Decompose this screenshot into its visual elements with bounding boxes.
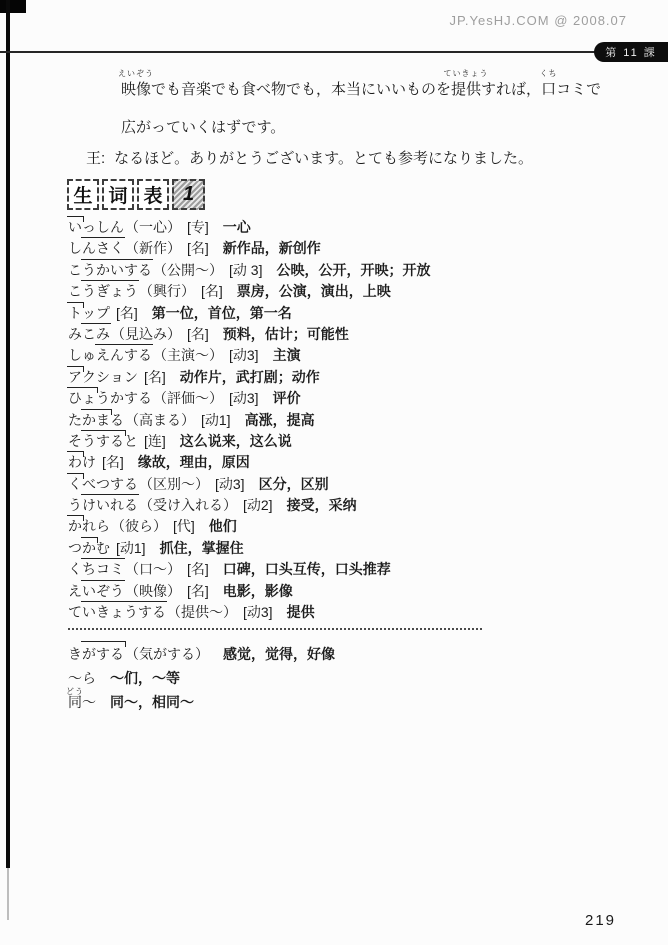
vocab-entry: アクション[名]动作片，武打剧；动作 [68,367,648,388]
vocab-meaning: 区分，区别 [259,476,329,492]
vocab-meaning: ～们，～等 [110,670,180,686]
vocab-word-char: す [110,474,124,495]
vocab-word-char: み [68,324,82,345]
vocab-word-char: る [124,495,138,516]
vocab-word-char: ょ [82,388,96,409]
vocab-entry: つかむ[动1]抓住，掌握住 [68,538,648,559]
vocab-entry: うけいれる（受け入れる）[动2]接受，采纳 [68,495,648,516]
vocab-meaning: 一心 [223,219,251,235]
vocab-word: みこみ [68,326,110,342]
vocab-word: しんさく [68,240,124,256]
speaker-speech: なるほど。ありがとうございます。とても参考になりました。 [114,150,533,167]
vocab-word: トップ [68,305,110,321]
vocab-word: つかむ [68,540,110,556]
vocab-pos-tag: [动3] [229,347,259,363]
vocab-meaning: 同～，相同～ [110,694,194,710]
vocab-header-number: 1 [172,179,205,210]
vocab-entry: ～ら～们，～等 [68,666,648,690]
vocab-word-char: わ [68,452,82,473]
dialogue-text: コミで [556,81,601,98]
vocab-main-entries: いっしん（一心）[专]一心しんさく（新作）[名]新作品，新创作こうかいする（公開… [68,217,648,623]
vocab-word-char: ア [68,367,82,388]
vocab-meaning: 电影，影像 [223,583,293,599]
vocab-entry: くべつする（区別～）[动3]区分，区别 [68,474,648,495]
vocab-meaning: 新作品，新创作 [223,240,321,256]
vocab-word-char: れ [110,495,124,516]
scan-corner-artifact [0,0,26,13]
vocab-meaning: 抓住，掌握住 [160,540,244,556]
vocab-word: えいぞう [68,583,124,599]
vocab-word-char: る [124,474,138,495]
vocab-word-char: う [68,495,82,516]
vocab-pos-tag: [名] [102,454,124,470]
vocab-pos-tag: [动3] [229,390,259,406]
vocab-pos-tag: [名] [187,240,209,256]
vocab-pos-tag: [名] [144,369,166,385]
dialogue-line-2: 広がっていくはずです。 [121,116,285,137]
vocab-word-char: と [124,431,138,452]
vocab-word-char: ょ [110,602,124,623]
vocab-word-char: う [96,388,110,409]
vocab-reading: （評価～） [153,390,223,406]
vocab-entry: こうかいする（公開～）[动 3]公映，公开，开映；开放 [68,260,648,281]
vocab-word-char: す [124,388,138,409]
vocab-word-char: ぎ [96,281,110,302]
vocab-pos-tag: [名] [187,583,209,599]
vocab-word-char: ひ [68,388,82,409]
vocab-word-char: シ [96,367,110,388]
vocab-entry: そうすると[连]这么说来，这么说 [68,431,648,452]
vocab-divider [68,628,482,630]
scan-edge-line-faded [7,868,9,920]
vocab-word-char: う [82,281,96,302]
vocab-word: しゅえんする [68,347,152,363]
vocab-word: くべつする [68,476,138,492]
vocab-word-char: る [138,345,152,366]
vocab-word-char: す [96,642,110,666]
vocab-pos-tag: [动 3] [229,262,262,278]
vocab-reading: （口～） [125,561,181,577]
vocab-word-char: れ [82,516,96,537]
vocab-word-char: う [124,602,138,623]
vocab-word-char: し [96,217,110,238]
vocab-entry: かれら（彼ら）[代]他们 [68,516,648,537]
vocab-pos-tag: [动1] [201,412,231,428]
scan-edge-line [6,0,10,868]
vocab-word-char: く [68,474,82,495]
vocab-word: こうぎょう [68,283,138,299]
vocab-word-char: う [110,581,124,602]
vocab-word-char: み [96,324,110,345]
vocab-reading: （映像） [125,583,181,599]
vocab-entry: ていきょうする（提供～）[动3]提供 [68,602,648,623]
vocab-entry: しんさく（新作）[名]新作品，新创作 [68,238,648,259]
vocab-word-char: ョ [110,367,124,388]
vocab-extra-entries: きがする（気がする）感觉，觉得，好像～ら～们，～等同どう～同～，相同～ [68,642,648,714]
vocab-entry: くちコミ（口～）[名]口碑，口头互传，口头推荐 [68,559,648,580]
vocab-word-char: こ [82,324,96,345]
vocab-word-char: く [68,559,82,580]
vocab-word-char: さ [96,238,110,259]
vocab-pos-tag: [动3] [215,476,245,492]
vocab-word-char: ら [96,516,110,537]
vocab-word-char: え [96,345,110,366]
vocab-word-char: ク [82,367,96,388]
vocab-meaning: 口碑，口头互传，口头推荐 [223,561,391,577]
vocab-word: ひょうかする [68,390,152,406]
vocab-word-char: か [96,260,110,281]
vocab-word-char: コ [96,559,110,580]
vocab-meaning: 这么说来，这么说 [180,433,292,449]
vocab-reading: （主演～） [153,347,223,363]
vocab-word-char: い [82,602,96,623]
vocab-entry: わけ[名]缘故，理由，原因 [68,452,648,473]
vocab-word-char: け [82,452,96,473]
vocab-word: アクション [68,369,138,385]
vocab-word-char: い [96,495,110,516]
vocab-entry: トップ[名]第一位，首位，第一名 [68,303,648,324]
vocab-reading: （彼ら） [111,518,167,534]
furigana: くち [540,68,558,79]
furigana: えいぞう [118,68,154,79]
vocab-reading: （興行） [139,283,195,299]
vocab-word-char: ら [82,666,96,690]
vocab-pos-tag: [连] [144,433,166,449]
vocab-word-char: っ [82,217,96,238]
vocab-word: いっしん [68,219,124,235]
vocab-word: わけ [68,454,96,470]
vocab-section-header: 生 词 表 1 [67,179,205,210]
vocab-entry: きがする（気がする）感觉，觉得，好像 [68,642,648,666]
vocab-word-char: し [68,238,82,259]
vocab-word-char: つ [96,474,110,495]
vocab-word-char: そ [68,431,82,452]
vocab-word-char: べ [82,474,96,495]
vocab-word-char: い [68,217,82,238]
vocab-word-char: つ [68,538,82,559]
vocab-entry: みこみ（見込み）[名]预料，估计；可能性 [68,324,648,345]
vocab-entry: 同どう～同～，相同～ [68,690,648,714]
dialogue-line-wang: 王:なるほど。ありがとうございます。とても参考になりました。 [86,147,533,168]
vocab-word-char: う [124,281,138,302]
vocab-word-char: え [68,581,82,602]
vocab-word-char: う [82,260,96,281]
vocab-reading: （提供～） [167,604,237,620]
vocab-word-char: き [68,642,82,666]
vocab-word-char: た [68,410,82,431]
vocab-word-char: か [110,388,124,409]
vocab-word-char: ミ [110,559,124,580]
furigana: ていきょう [444,68,489,79]
vocab-word-char: い [82,581,96,602]
vocab-meaning: 缘故，理由，原因 [138,454,250,470]
vocab-reading: （高まる） [125,412,195,428]
vocab-word: きがする [68,646,124,662]
vocab-pos-tag: [名] [187,326,209,342]
vocab-word: こうかいする [68,262,152,278]
vocab-word-char: く [110,238,124,259]
vocab-pos-tag: [名] [116,305,138,321]
dialogue-text: すれば， [481,81,541,98]
lesson-tab: 第 11 課 [594,42,668,62]
vocab-reading: （気がする） [125,646,209,662]
vocab-word-char: ～ [82,690,96,714]
vocab-entry: えいぞう（映像）[名]电影，影像 [68,581,648,602]
vocab-meaning: 票房，公演，演出，上映 [237,283,391,299]
vocab-reading: （区別～） [139,476,209,492]
vocab-entry: こうぎょう（興行）[名]票房，公演，演出，上映 [68,281,648,302]
vocab-meaning: 动作片，武打剧；动作 [180,369,320,385]
vocab-word: かれら [68,518,110,534]
vocab-word: うけいれる [68,497,138,513]
vocab-meaning: 第一位，首位，第一名 [152,305,292,321]
vocab-word-char: す [138,602,152,623]
vocab-pos-tag: [动2] [243,497,273,513]
vocab-word-char: す [96,431,110,452]
vocab-word-char: む [96,538,110,559]
vocab-word-char: ン [124,367,138,388]
vocab-header-char: 词 [102,179,134,210]
vocab-meaning: 主演 [273,347,301,363]
vocab-word-char: ぞ [96,581,110,602]
vocab-meaning: 高涨，提高 [245,412,315,428]
watermark-text: JP.YesHJ.COM @ 2008.07 [449,13,627,28]
vocab-word-char: ま [96,410,110,431]
vocab-pos-tag: [代] [173,518,195,534]
dialogue-text: でも音楽でも食べ物でも，本当にいいものを [151,81,451,98]
vocab-word-char: ト [68,303,82,324]
vocab-word: たかまる [68,412,124,428]
vocab-word: くちコミ [68,561,124,577]
dialogue-line-1: 映像えいぞうでも音楽でも食べ物でも，本当にいいものを提供ていきょうすれば，口くち… [121,78,601,99]
vocab-word-char: る [110,642,124,666]
vocab-header-char: 生 [67,179,99,210]
vocab-list: いっしん（一心）[专]一心しんさく（新作）[名]新作品，新创作こうかいする（公開… [68,217,648,714]
vocab-word-char: か [82,538,96,559]
vocab-word: ていきょうする [68,604,166,620]
page-number: 219 [585,912,616,929]
vocab-word-char: し [68,345,82,366]
vocab-word-char: る [110,410,124,431]
vocab-word-char: う [82,431,96,452]
vocab-word: そうすると [68,433,138,449]
vocab-word-char: ん [110,217,124,238]
vocab-word-char: て [68,602,82,623]
vocab-word-char: け [82,495,96,516]
word-with-furigana: 口くち [541,78,556,99]
vocab-meaning: 评价 [273,390,301,406]
vocab-meaning: 接受，采纳 [287,497,357,513]
vocab-meaning: 他们 [209,518,237,534]
vocab-entry: いっしん（一心）[专]一心 [68,217,648,238]
vocab-word-char: る [138,260,152,281]
vocab-header-char: 表 [137,179,169,210]
word-with-furigana: 映像えいぞう [121,78,151,99]
vocab-reading: （新作） [125,240,181,256]
vocab-entry: ひょうかする（評価～）[动3]评价 [68,388,648,409]
vocab-word-char: す [124,260,138,281]
vocab-word-char: る [138,388,152,409]
vocab-meaning: 提供 [287,604,315,620]
vocab-word-char: プ [96,303,110,324]
vocab-word: 同どう～ [68,694,96,710]
vocab-word-char: き [96,602,110,623]
vocab-reading: （公開～） [153,262,223,278]
vocab-word-char: こ [68,260,82,281]
vocab-word-char: か [68,516,82,537]
vocab-entry: しゅえんする（主演～）[动3]主演 [68,345,648,366]
vocab-word-char: が [82,642,96,666]
vocab-word-char: ん [82,238,96,259]
vocab-word-char: ゅ [82,345,96,366]
vocab-pos-tag: [名] [187,561,209,577]
vocab-reading: （一心） [125,219,181,235]
vocab-meaning: 预料，估计；可能性 [223,326,349,342]
vocab-pos-tag: [动3] [243,604,273,620]
header-rule [0,51,668,53]
vocab-word-char: こ [68,281,82,302]
word-with-furigana: 提供ていきょう [451,78,481,99]
vocab-word-char: 同どう [68,690,82,714]
vocab-reading: （見込み） [111,326,181,342]
vocab-word-char: す [124,345,138,366]
vocab-word-char: る [152,602,166,623]
vocab-pos-tag: [名] [201,283,223,299]
vocab-meaning: 感觉，觉得，好像 [223,646,335,662]
vocab-pos-tag: [动1] [116,540,146,556]
vocab-pos-tag: [专] [187,219,209,235]
vocab-word-char: い [110,260,124,281]
vocab-word-char: ち [82,559,96,580]
vocab-reading: （受け入れる） [139,497,237,513]
vocab-entry: たかまる（高まる）[动1]高涨，提高 [68,410,648,431]
vocab-meaning: 公映，公开，开映；开放 [276,262,430,278]
vocab-word-char: ん [110,345,124,366]
vocab-word-char: る [110,431,124,452]
vocab-word-char: ょ [110,281,124,302]
speaker-label: 王: [86,150,105,167]
vocab-word-char: ッ [82,303,96,324]
vocab-word-char: か [82,410,96,431]
